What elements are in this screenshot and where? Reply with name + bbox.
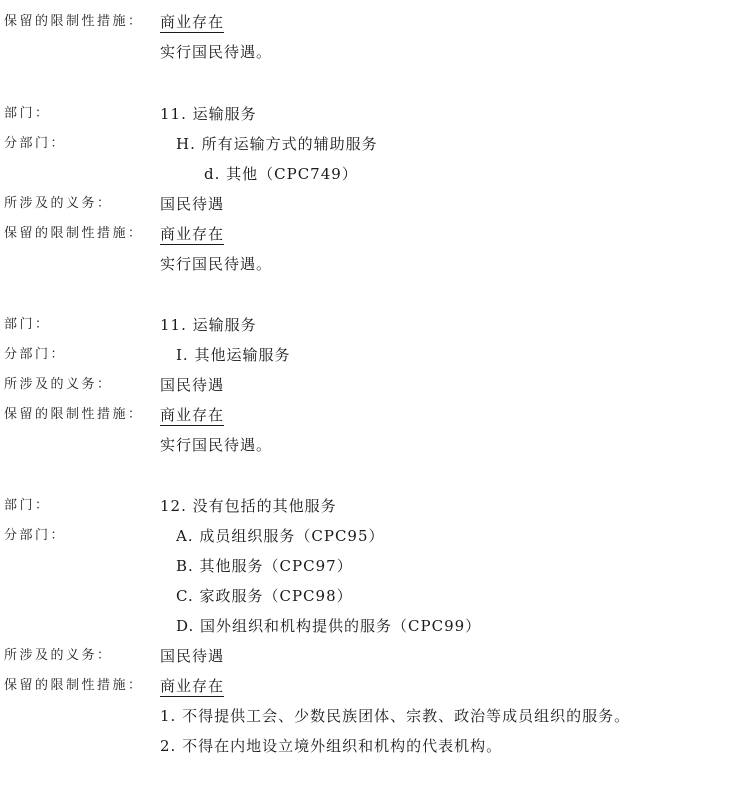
mode-commercial-presence: 商业存在 xyxy=(160,676,224,697)
measure-text: 实行国民待遇。 xyxy=(160,433,272,457)
reserved-measures-label: 保留的限制性措施： xyxy=(4,403,144,427)
measure-text: 实行国民待遇。 xyxy=(160,252,272,276)
subsector-label: 分部门： xyxy=(4,132,66,156)
sector-value: 12. 没有包括的其他服务 xyxy=(160,494,337,518)
obligations-value: 国民待遇 xyxy=(160,192,224,216)
sector-value: 11. 运输服务 xyxy=(160,102,257,126)
obligations-label: 所涉及的义务： xyxy=(4,192,113,216)
reserved-measures-label: 保留的限制性措施： xyxy=(4,10,144,34)
subsector-label: 分部门： xyxy=(4,524,66,548)
mode-commercial-presence: 商业存在 xyxy=(160,12,224,33)
reserved-measures-label: 保留的限制性措施： xyxy=(4,674,144,698)
subsector-value: I. 其他运输服务 xyxy=(176,343,290,367)
subsector-label: 分部门： xyxy=(4,343,66,367)
subsector-value: A. 成员组织服务（CPC95） xyxy=(176,524,385,548)
obligations-value: 国民待遇 xyxy=(160,644,224,668)
mode-commercial-presence: 商业存在 xyxy=(160,224,224,245)
measure-text: 实行国民待遇。 xyxy=(160,40,272,64)
measure-text: 2. 不得在内地设立境外组织和机构的代表机构。 xyxy=(160,734,502,758)
subsector-value: B. 其他服务（CPC97） xyxy=(176,554,353,578)
sector-label: 部门： xyxy=(4,313,51,337)
subsector-value: C. 家政服务（CPC98） xyxy=(176,584,353,608)
sector-label: 部门： xyxy=(4,102,51,126)
sector-value: 11. 运输服务 xyxy=(160,313,257,337)
reserved-measures-label: 保留的限制性措施： xyxy=(4,222,144,246)
obligations-value: 国民待遇 xyxy=(160,373,224,397)
obligations-label: 所涉及的义务： xyxy=(4,373,113,397)
measure-text: 1. 不得提供工会、少数民族团体、宗教、政治等成员组织的服务。 xyxy=(160,704,630,728)
subsector-value: D. 国外组织和机构提供的服务（CPC99） xyxy=(176,614,481,638)
subsector-value: d. 其他（CPC749） xyxy=(204,162,358,186)
mode-commercial-presence: 商业存在 xyxy=(160,405,224,426)
subsector-value: H. 所有运输方式的辅助服务 xyxy=(176,132,378,156)
sector-label: 部门： xyxy=(4,494,51,518)
obligations-label: 所涉及的义务： xyxy=(4,644,113,668)
